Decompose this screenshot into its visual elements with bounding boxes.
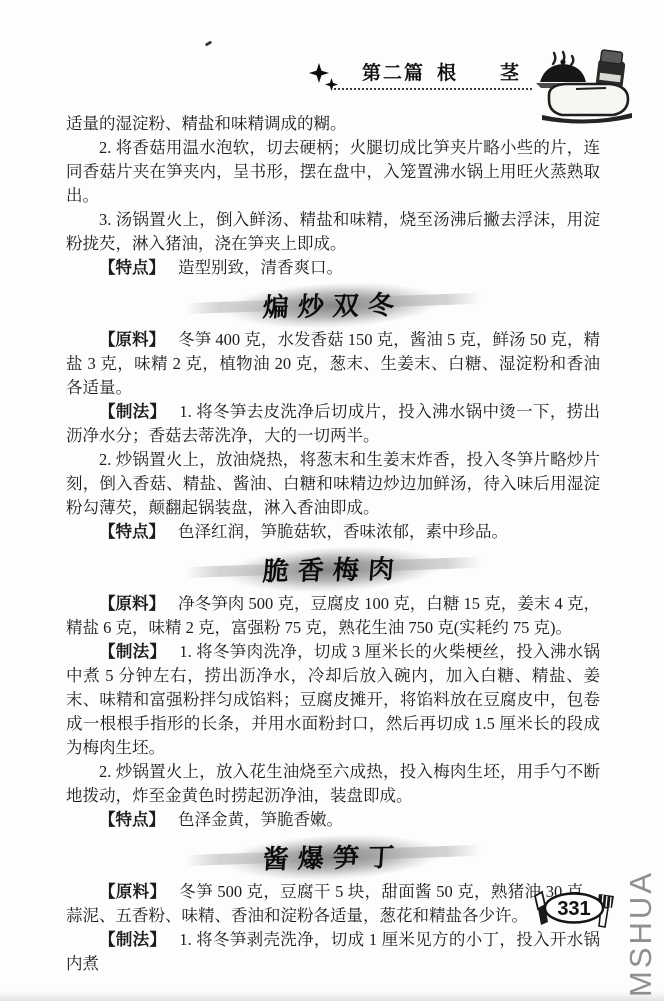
method-step: 2. 炒锅置火上，放油烧热，将葱末和生姜末炸香，投入冬笋片略炒片刻，倒入香菇、精… — [66, 448, 600, 520]
chapter-number: 第二篇 — [362, 63, 425, 84]
recipe-title: 煸炒双冬 — [262, 284, 405, 323]
recipe-ingredients: 【原料】冬笋 500 克，豆腐干 5 块，甜面酱 50 克，熟猪油 30 克，蒜… — [66, 880, 600, 928]
recipe-title-block: 煸炒双冬 — [66, 284, 600, 324]
recipe-method: 【制法】1. 将冬笋肉洗净，切成 3 厘米长的火柴梗丝，投入沸水锅中煮 5 分钟… — [66, 640, 600, 760]
recipe-feature: 【特点】色泽红润，笋脆菇软，香味浓郁，素中珍品。 — [66, 520, 600, 544]
recipe-ingredients: 【原料】净冬笋肉 500 克，豆腐皮 100 克，白糖 15 克，姜末 4 克，… — [66, 592, 600, 640]
page-number: 331 — [557, 898, 590, 920]
body-text: 2. 炒锅置火上，放油烧热，将葱末和生姜末炸香，投入冬笋片略炒片刻，倒入香菇、精… — [66, 450, 600, 517]
recipe-title-brush: 酱爆笋丁 — [237, 836, 429, 877]
recipe-title: 脆香梅肉 — [262, 548, 405, 587]
scan-speck — [205, 40, 213, 46]
section-label: 【特点】 — [99, 522, 165, 541]
body-text: 2. 炒锅置火上，放入花生油烧至六成热，投入梅肉生坯，用手勺不断地拨动，炸至金黄… — [66, 762, 600, 805]
body-text: 色泽金黄，笋脆香嫩。 — [178, 810, 343, 829]
body-text: 造型别致，清香爽口。 — [178, 258, 343, 277]
body-text: 色泽红润，笋脆菇软，香味浓郁，素中珍品。 — [178, 522, 508, 541]
chapter-heading: 第二篇根 茎 — [362, 58, 521, 85]
book-page: 第二篇根 茎 适量的湿淀粉、精盐和味精调成的糊。 2. 将香菇用温水泡软，切去硬 — [0, 0, 664, 1001]
body-text: 适量的湿淀粉、精盐和味精调成的糊。 — [66, 114, 347, 133]
paragraph-continuation: 适量的湿淀粉、精盐和味精调成的糊。 — [66, 112, 600, 136]
chapter-title: 根 茎 — [437, 63, 521, 84]
recipe-feature: 【特点】造型别致，清香爽口。 — [66, 256, 600, 280]
watermark: MSHUA — [624, 870, 658, 997]
section-label: 【特点】 — [99, 258, 165, 277]
section-label: 【原料】 — [99, 594, 165, 613]
page-content: 适量的湿淀粉、精盐和味精调成的糊。 2. 将香菇用温水泡软，切去硬柄；火腿切成比… — [66, 112, 600, 976]
recipe-method: 【制法】1. 将冬笋去皮洗净后切成片，投入沸水锅中烫一下，捞出沥净水分；香菇去蒂… — [66, 400, 600, 448]
section-label: 【原料】 — [99, 882, 166, 901]
recipe-title-block: 酱爆笋丁 — [66, 836, 600, 876]
recipe-feature: 【特点】色泽金黄，笋脆香嫩。 — [66, 808, 600, 832]
section-label: 【制法】 — [99, 402, 166, 421]
method-step: 2. 将香菇用温水泡软，切去硬柄；火腿切成比笋夹片略小些的片，连同香菇片夹在笋夹… — [66, 136, 600, 208]
section-label: 【制法】 — [99, 930, 166, 949]
recipe-title: 酱爆笋丁 — [262, 836, 405, 875]
body-text: 2. 将香菇用温水泡软，切去硬柄；火腿切成比笋夹片略小些的片，连同香菇片夹在笋夹… — [66, 138, 600, 205]
section-label: 【原料】 — [99, 330, 165, 349]
recipe-title-brush: 脆香梅肉 — [237, 548, 429, 589]
recipe-title-block: 脆香梅肉 — [66, 548, 600, 588]
page-number-badge: 331 — [528, 888, 618, 937]
section-label: 【特点】 — [99, 810, 165, 829]
recipe-method: 【制法】1. 将冬笋剥壳洗净，切成 1 厘米见方的小丁，投入开水锅内煮 — [66, 928, 600, 976]
method-step: 3. 汤锅置火上，倒入鲜汤、精盐和味精，烧至汤沸后撇去浮沫，用淀粉拢芡，淋入猪油… — [66, 208, 600, 256]
recipe-title-brush: 煸炒双冬 — [237, 284, 429, 325]
body-text: 3. 汤锅置火上，倒入鲜汤、精盐和味精，烧至汤沸后撇去浮沫，用淀粉拢芡，淋入猪油… — [66, 210, 600, 253]
section-label: 【制法】 — [99, 642, 166, 661]
recipe-ingredients: 【原料】冬笋 400 克，水发香菇 150 克，酱油 5 克，鲜汤 50 克，精… — [66, 328, 600, 400]
method-step: 2. 炒锅置火上，放入花生油烧至六成热，投入梅肉生坯，用手勺不断地拨动，炸至金黄… — [66, 760, 600, 808]
